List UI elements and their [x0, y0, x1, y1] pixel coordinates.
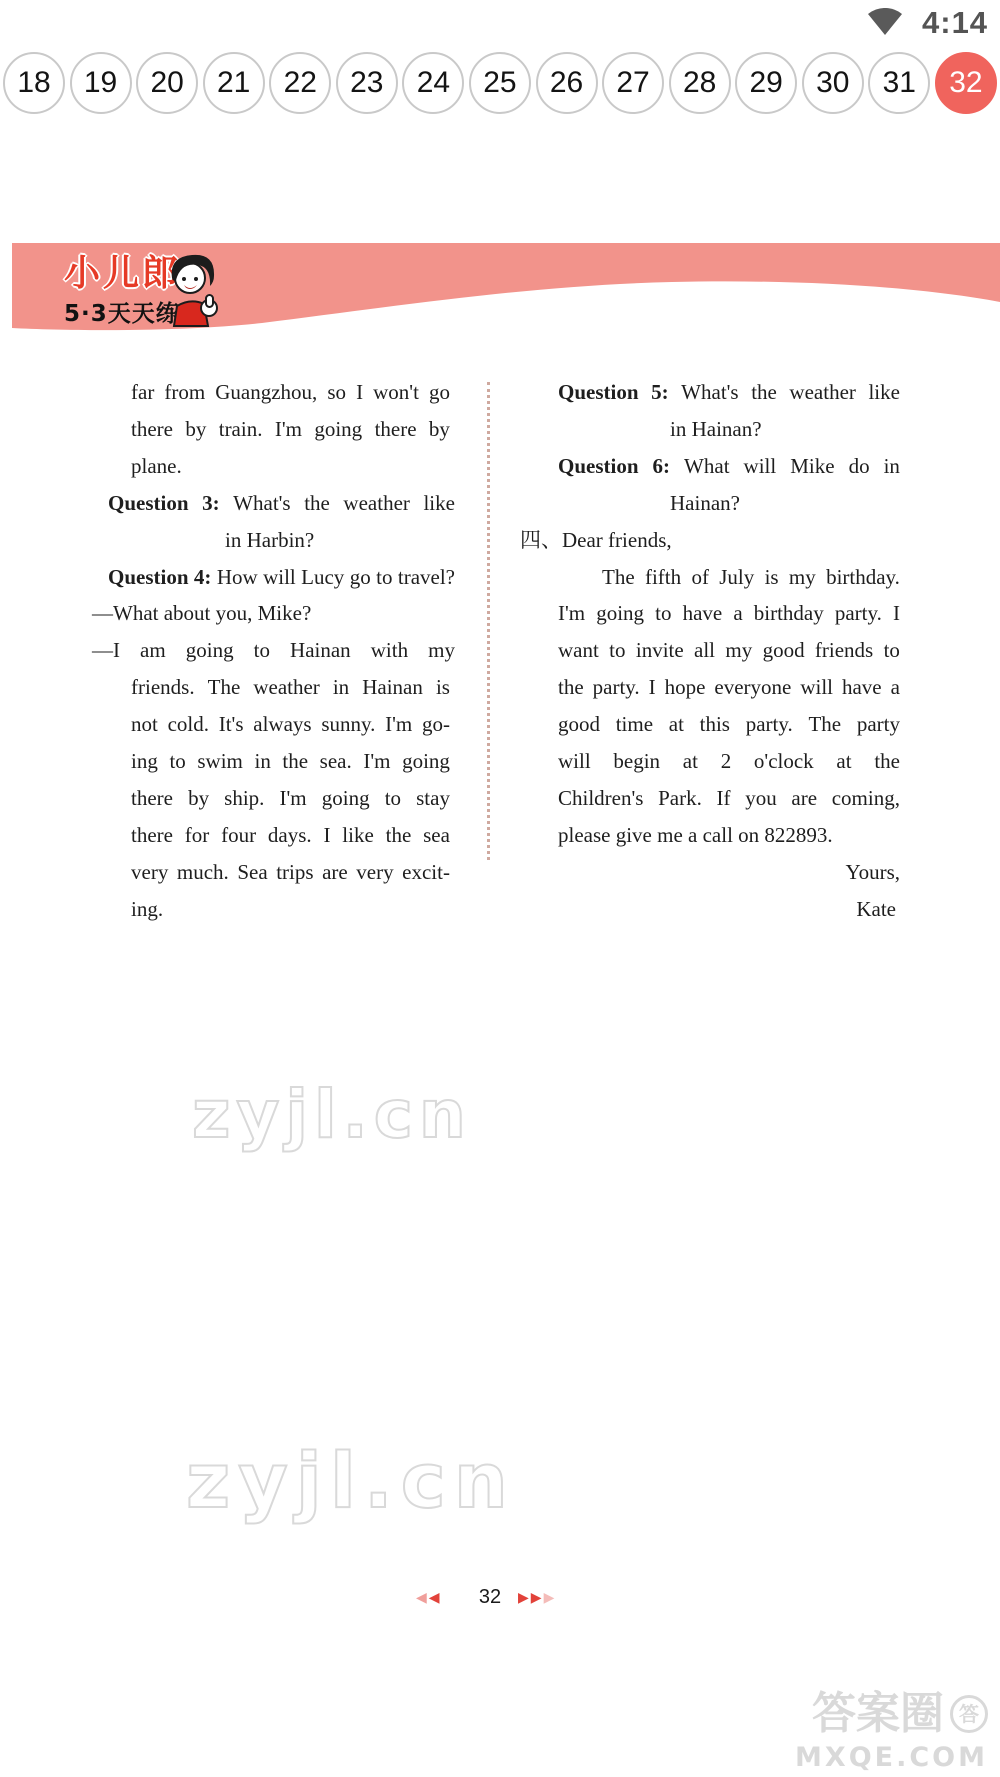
pager-item-24[interactable]: 24 — [402, 52, 464, 114]
text-line: ThefifthofJulyismybirthday. — [602, 559, 900, 596]
text-line: please give me a call on 822893. — [558, 817, 900, 854]
pager-item-25[interactable]: 25 — [469, 52, 531, 114]
pager-item-21[interactable]: 21 — [203, 52, 265, 114]
text-line: verymuch.Seatripsareveryexcit- — [131, 854, 450, 891]
pager-item-30[interactable]: 30 — [802, 52, 864, 114]
footer-page-number: 32 — [468, 1582, 512, 1612]
next-page-arrows-icon[interactable]: ▶▶▶ — [518, 1582, 556, 1612]
text-line: in Hainan? — [670, 411, 762, 448]
text-line: Question6:WhatwillMikedoin — [558, 448, 900, 485]
pager-item-22[interactable]: 22 — [269, 52, 331, 114]
footer-page-nav: ◀◀ 32 ▶▶▶ — [0, 1582, 1000, 1612]
text-line: theparty.Ihopeeveryonewillhavea — [558, 669, 900, 706]
pager-item-32[interactable]: 32 — [935, 52, 997, 114]
text-line: ingtoswiminthesea.I'mgoing — [131, 743, 450, 780]
prev-page-arrows-icon[interactable]: ◀◀ — [416, 1582, 442, 1612]
text-line: therebytrain.I'mgoingthereby — [131, 411, 450, 448]
page-number-bar: 181920212223242526272829303132 — [3, 52, 997, 114]
site-watermark-text: 答案圈 — [812, 1690, 944, 1738]
wifi-icon — [866, 8, 904, 36]
text-line: thereforfourdays.Ilikethesea — [131, 817, 450, 854]
pager-item-31[interactable]: 31 — [868, 52, 930, 114]
text-line: I'mgoingtohaveabirthdayparty.I — [558, 595, 900, 632]
site-watermark: 答案圈 答 MXQE.COM — [795, 1690, 988, 1773]
text-line: willbeginat2o'clockatthe — [558, 743, 900, 780]
text-line: in Harbin? — [225, 522, 314, 559]
text-line: wanttoinviteallmygoodfriendsto — [558, 632, 900, 669]
pager-item-20[interactable]: 20 — [136, 52, 198, 114]
text-line: farfromGuangzhou,soIwon'tgo — [131, 374, 450, 411]
text-line: Children'sPark.Ifyouarecoming, — [558, 780, 900, 817]
text-line: —IamgoingtoHainanwithmy — [92, 632, 455, 669]
text-line: —What about you, Mike? — [92, 595, 455, 632]
site-watermark-brand: 答案圈 答 — [795, 1690, 988, 1738]
text-line: ing. — [131, 891, 450, 928]
pager-item-26[interactable]: 26 — [536, 52, 598, 114]
site-watermark-url: MXQE.COM — [795, 1742, 988, 1773]
text-line: Kate — [558, 891, 896, 928]
text-line: Hainan? — [670, 485, 740, 522]
watermark-zyjl: zyjl.cn — [186, 1436, 516, 1525]
pager-item-28[interactable]: 28 — [669, 52, 731, 114]
site-watermark-ring-icon: 答 — [950, 1695, 988, 1733]
text-line: therebyship.I'mgoingtostay — [131, 780, 450, 817]
text-line: 四、Dear friends, — [520, 522, 672, 559]
pager-item-19[interactable]: 19 — [70, 52, 132, 114]
text-line: goodtimeatthisparty.Theparty — [558, 706, 900, 743]
pager-item-29[interactable]: 29 — [735, 52, 797, 114]
text-line: notcold.It'salwayssunny.I'mgo- — [131, 706, 450, 743]
text-line: Yours, — [558, 854, 900, 891]
page-text: farfromGuangzhou,soIwon'tgotherebytrain.… — [0, 374, 1000, 934]
text-line: plane. — [131, 448, 450, 485]
clock-time: 4:14 — [922, 5, 994, 41]
text-line: Question4:HowwillLucygototravel? — [108, 559, 455, 596]
pager-item-18[interactable]: 18 — [3, 52, 65, 114]
text-line: Question5:What'stheweatherlike — [558, 374, 900, 411]
pager-item-27[interactable]: 27 — [602, 52, 664, 114]
text-line: friends.TheweatherinHainanis — [131, 669, 450, 706]
mascot-boy-icon — [164, 250, 220, 330]
text-line: Question3:What'stheweatherlike — [108, 485, 455, 522]
pager-item-23[interactable]: 23 — [336, 52, 398, 114]
watermark-zyjl: zyjl.cn — [192, 1076, 472, 1153]
